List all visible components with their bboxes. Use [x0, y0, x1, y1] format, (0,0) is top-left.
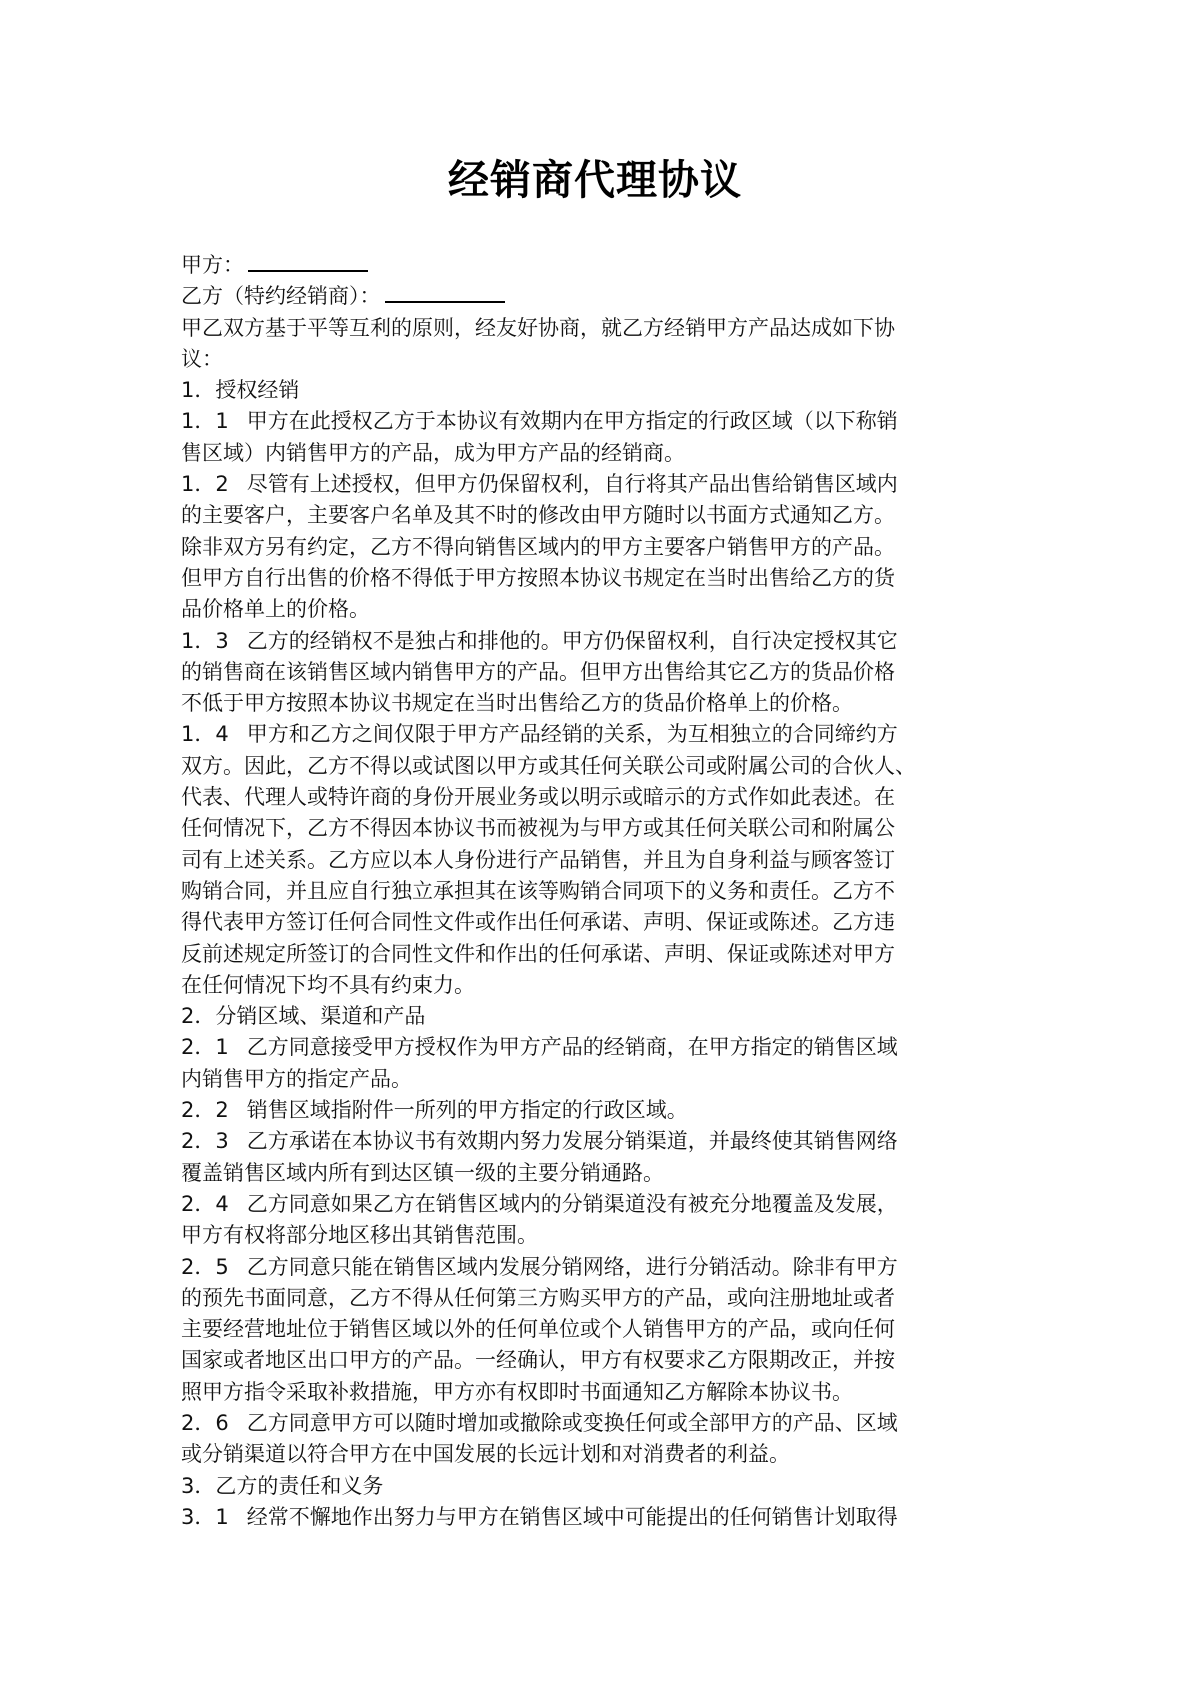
clause-number: 2．2 [181, 1095, 229, 1126]
document-line: 2．2销售区域指附件一所列的甲方指定的行政区域。 [181, 1095, 1021, 1126]
party-a-line: 甲方： [181, 250, 1021, 281]
document-line: 2．5乙方同意只能在销售区域内发展分销网络，进行分销活动。除非有甲方 [181, 1252, 1021, 1283]
clause-number: 1．4 [181, 719, 229, 750]
clause-text: 销售区域指附件一所列的甲方指定的行政区域。 [247, 1098, 688, 1122]
document-line: 1．2尽管有上述授权，但甲方仍保留权利，自行将其产品出售给销售区域内 [181, 469, 1021, 500]
clause-text: 经常不懈地作出努力与甲方在销售区域中可能提出的任何销售计划取得 [247, 1505, 898, 1529]
clause-text: 甲方在此授权乙方于本协议有效期内在甲方指定的行政区域（以下称销 [247, 409, 898, 433]
document-line: 的销售商在该销售区域内销售甲方的产品。但甲方出售给其它乙方的货品价格 [181, 657, 1021, 688]
clause-number: 2． [181, 1001, 215, 1032]
clause-text: 但甲方自行出售的价格不得低于甲方按照本协议书规定在当时出售给乙方的货 [181, 566, 895, 590]
document-line: 在任何情况下均不具有约束力。 [181, 970, 1021, 1001]
document-line: 但甲方自行出售的价格不得低于甲方按照本协议书规定在当时出售给乙方的货 [181, 563, 1021, 594]
document-line: 3．1经常不懈地作出努力与甲方在销售区域中可能提出的任何销售计划取得 [181, 1502, 1021, 1533]
clause-text: 品价格单上的价格。 [181, 597, 370, 621]
clause-number: 3．1 [181, 1502, 229, 1533]
clause-text: 乙方同意如果乙方在销售区域内的分销渠道没有被充分地覆盖及发展， [247, 1192, 898, 1216]
document-line: 或分销渠道以符合甲方在中国发展的长远计划和对消费者的利益。 [181, 1439, 1021, 1470]
clause-text: 或分销渠道以符合甲方在中国发展的长远计划和对消费者的利益。 [181, 1442, 790, 1466]
clause-text: 乙方同意只能在销售区域内发展分销网络，进行分销活动。除非有甲方 [247, 1255, 898, 1279]
clause-number: 3． [181, 1471, 215, 1502]
clause-text: 反前述规定所签订的合同性文件和作出的任何承诺、声明、保证或陈述对甲方 [181, 942, 895, 966]
document-line: 除非双方另有约定，乙方不得向销售区域内的甲方主要客户销售甲方的产品。 [181, 532, 1021, 563]
clause-number: 1．1 [181, 406, 229, 437]
clause-text: 乙方承诺在本协议书有效期内努力发展分销渠道，并最终使其销售网络 [247, 1129, 898, 1153]
clause-number: 2．6 [181, 1408, 229, 1439]
clause-text: 甲乙双方基于平等互利的原则，经友好协商，就乙方经销甲方产品达成如下协 [181, 316, 895, 340]
document-line: 2．分销区域、渠道和产品 [181, 1001, 1021, 1032]
clause-number: 1．2 [181, 469, 229, 500]
party-b-blank [385, 281, 505, 303]
document-line: 1．3乙方的经销权不是独占和排他的。甲方仍保留权利，自行决定授权其它 [181, 626, 1021, 657]
clause-text: 乙方的责任和义务 [215, 1474, 383, 1498]
clause-text: 购销合同，并且应自行独立承担其在该等购销合同项下的义务和责任。乙方不 [181, 879, 895, 903]
document-line: 的主要客户，主要客户名单及其不时的修改由甲方随时以书面方式通知乙方。 [181, 500, 1021, 531]
clause-text: 的预先书面同意，乙方不得从任何第三方购买甲方的产品，或向注册地址或者 [181, 1286, 895, 1310]
clause-text: 乙方同意甲方可以随时增加或撤除或变换任何或全部甲方的产品、区域 [247, 1411, 898, 1435]
clause-number: 2．5 [181, 1252, 229, 1283]
document-line: 甲方有权将部分地区移出其销售范围。 [181, 1220, 1021, 1251]
clause-number: 2．1 [181, 1032, 229, 1063]
document-page: 经销商代理协议 甲方： 乙方（特约经销商）： 甲乙双方基于平等互利的原则，经友好… [0, 0, 1190, 1683]
clause-number: 1． [181, 375, 215, 406]
clause-text: 乙方同意接受甲方授权作为甲方产品的经销商，在甲方指定的销售区域 [247, 1035, 898, 1059]
document-line: 2．6乙方同意甲方可以随时增加或撤除或变换任何或全部甲方的产品、区域 [181, 1408, 1021, 1439]
clause-text: 尽管有上述授权，但甲方仍保留权利，自行将其产品出售给销售区域内 [247, 472, 898, 496]
clause-text: 除非双方另有约定，乙方不得向销售区域内的甲方主要客户销售甲方的产品。 [181, 535, 895, 559]
clause-text: 甲方和乙方之间仅限于甲方产品经销的关系，为互相独立的合同缔约方 [247, 722, 898, 746]
party-b-line: 乙方（特约经销商）： [181, 281, 1021, 312]
document-body: 甲方： 乙方（特约经销商）： 甲乙双方基于平等互利的原则，经友好协商，就乙方经销… [181, 250, 1021, 1533]
clause-text: 照甲方指令采取补救措施，甲方亦有权即时书面通知乙方解除本协议书。 [181, 1380, 853, 1404]
clause-lines: 甲乙双方基于平等互利的原则，经友好协商，就乙方经销甲方产品达成如下协议：1．授权… [181, 313, 1021, 1534]
clause-text: 甲方有权将部分地区移出其销售范围。 [181, 1223, 538, 1247]
clause-text: 分销区域、渠道和产品 [215, 1004, 425, 1028]
document-line: 代表、代理人或特许商的身份开展业务或以明示或暗示的方式作如此表述。在 [181, 782, 1021, 813]
document-line: 覆盖销售区域内所有到达区镇一级的主要分销通路。 [181, 1158, 1021, 1189]
document-line: 司有上述关系。乙方应以本人身份进行产品销售，并且为自身利益与顾客签订 [181, 845, 1021, 876]
clause-text: 得代表甲方签订任何合同性文件或作出任何承诺、声明、保证或陈述。乙方违 [181, 910, 895, 934]
clause-text: 议： [181, 347, 223, 371]
document-line: 1．4甲方和乙方之间仅限于甲方产品经销的关系，为互相独立的合同缔约方 [181, 719, 1021, 750]
document-line: 的预先书面同意，乙方不得从任何第三方购买甲方的产品，或向注册地址或者 [181, 1283, 1021, 1314]
party-b-label: 乙方（特约经销商）： [181, 284, 381, 308]
document-line: 1．1甲方在此授权乙方于本协议有效期内在甲方指定的行政区域（以下称销 [181, 406, 1021, 437]
document-line: 1．授权经销 [181, 375, 1021, 406]
clause-text: 司有上述关系。乙方应以本人身份进行产品销售，并且为自身利益与顾客签订 [181, 848, 895, 872]
party-a-label: 甲方： [181, 253, 244, 277]
clause-text: 在任何情况下均不具有约束力。 [181, 973, 475, 997]
clause-text: 授权经销 [215, 378, 299, 402]
clause-text: 国家或者地区出口甲方的产品。一经确认，甲方有权要求乙方限期改正，并按 [181, 1348, 895, 1372]
clause-text: 售区域）内销售甲方的产品，成为甲方产品的经销商。 [181, 441, 685, 465]
document-line: 2．3乙方承诺在本协议书有效期内努力发展分销渠道，并最终使其销售网络 [181, 1126, 1021, 1157]
clause-text: 任何情况下，乙方不得因本协议书而被视为与甲方或其任何关联公司和附属公 [181, 816, 895, 840]
party-a-blank [248, 250, 368, 272]
document-line: 不低于甲方按照本协议书规定在当时出售给乙方的货品价格单上的价格。 [181, 688, 1021, 719]
document-line: 得代表甲方签订任何合同性文件或作出任何承诺、声明、保证或陈述。乙方违 [181, 907, 1021, 938]
clause-text: 的销售商在该销售区域内销售甲方的产品。但甲方出售给其它乙方的货品价格 [181, 660, 895, 684]
clause-number: 1．3 [181, 626, 229, 657]
document-line: 主要经营地址位于销售区域以外的任何单位或个人销售甲方的产品，或向任何 [181, 1314, 1021, 1345]
document-title: 经销商代理协议 [0, 152, 1190, 208]
clause-text: 覆盖销售区域内所有到达区镇一级的主要分销通路。 [181, 1161, 664, 1185]
clause-text: 内销售甲方的指定产品。 [181, 1067, 412, 1091]
document-line: 品价格单上的价格。 [181, 594, 1021, 625]
clause-text: 的主要客户，主要客户名单及其不时的修改由甲方随时以书面方式通知乙方。 [181, 503, 895, 527]
document-line: 2．1乙方同意接受甲方授权作为甲方产品的经销商，在甲方指定的销售区域 [181, 1032, 1021, 1063]
document-line: 2．4乙方同意如果乙方在销售区域内的分销渠道没有被充分地覆盖及发展， [181, 1189, 1021, 1220]
document-line: 甲乙双方基于平等互利的原则，经友好协商，就乙方经销甲方产品达成如下协 [181, 313, 1021, 344]
clause-text: 主要经营地址位于销售区域以外的任何单位或个人销售甲方的产品，或向任何 [181, 1317, 895, 1341]
document-line: 任何情况下，乙方不得因本协议书而被视为与甲方或其任何关联公司和附属公 [181, 813, 1021, 844]
clause-text: 乙方的经销权不是独占和排他的。甲方仍保留权利，自行决定授权其它 [247, 629, 898, 653]
clause-text: 不低于甲方按照本协议书规定在当时出售给乙方的货品价格单上的价格。 [181, 691, 853, 715]
document-line: 反前述规定所签订的合同性文件和作出的任何承诺、声明、保证或陈述对甲方 [181, 939, 1021, 970]
clause-text: 双方。因此，乙方不得以或试图以甲方或其任何关联公司或附属公司的合伙人、 [181, 754, 916, 778]
clause-number: 2．4 [181, 1189, 229, 1220]
document-line: 双方。因此，乙方不得以或试图以甲方或其任何关联公司或附属公司的合伙人、 [181, 751, 1021, 782]
document-line: 购销合同，并且应自行独立承担其在该等购销合同项下的义务和责任。乙方不 [181, 876, 1021, 907]
document-line: 国家或者地区出口甲方的产品。一经确认，甲方有权要求乙方限期改正，并按 [181, 1345, 1021, 1376]
document-line: 内销售甲方的指定产品。 [181, 1064, 1021, 1095]
document-line: 售区域）内销售甲方的产品，成为甲方产品的经销商。 [181, 438, 1021, 469]
document-line: 议： [181, 344, 1021, 375]
clause-number: 2．3 [181, 1126, 229, 1157]
document-line: 3．乙方的责任和义务 [181, 1471, 1021, 1502]
document-line: 照甲方指令采取补救措施，甲方亦有权即时书面通知乙方解除本协议书。 [181, 1377, 1021, 1408]
clause-text: 代表、代理人或特许商的身份开展业务或以明示或暗示的方式作如此表述。在 [181, 785, 895, 809]
